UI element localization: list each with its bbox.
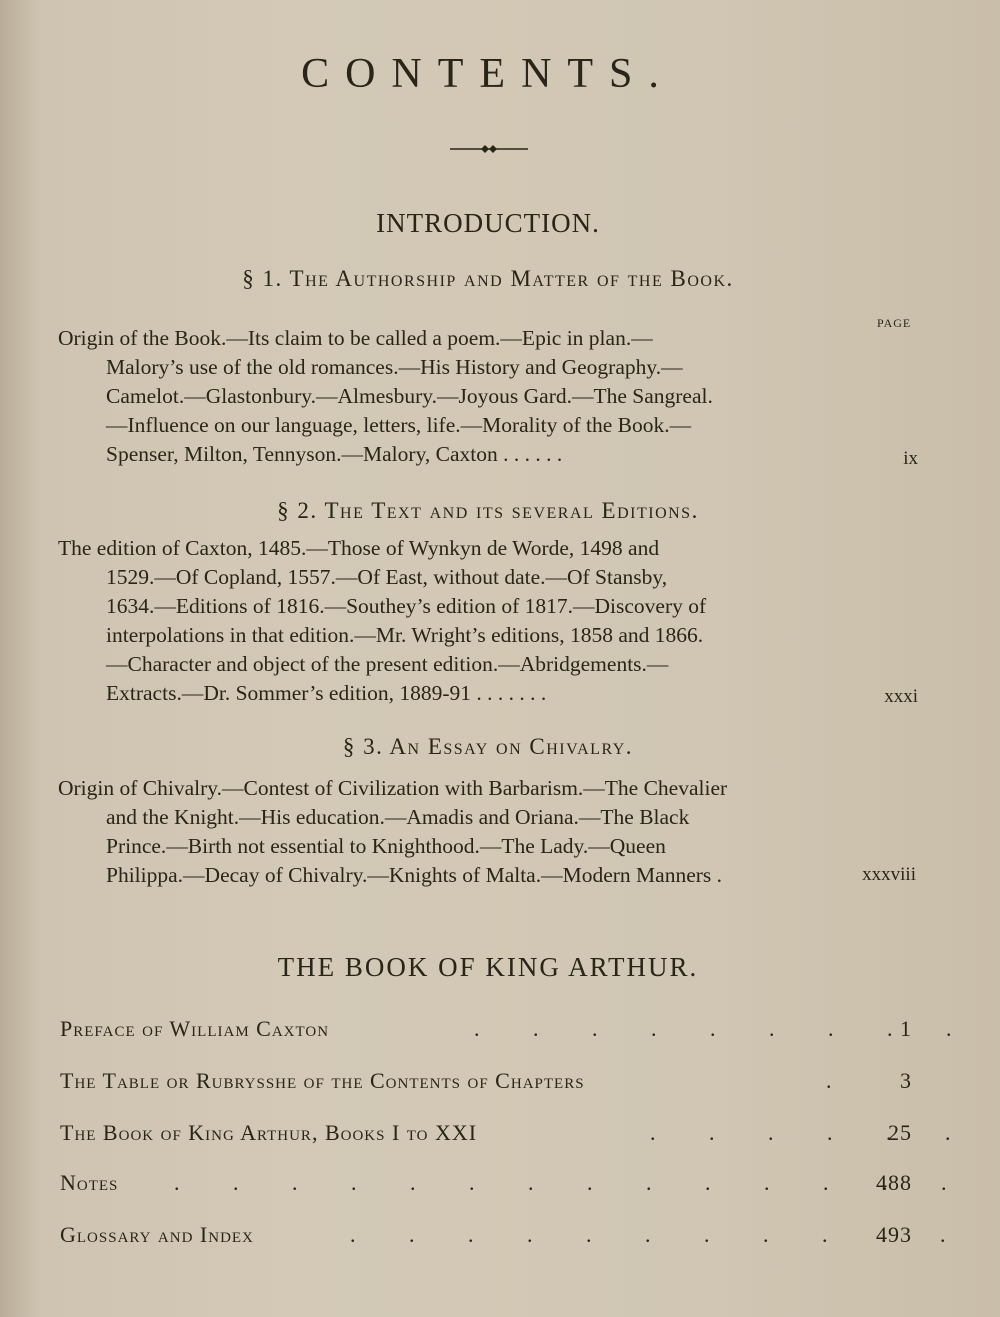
summary-line: Origin of Chivalry.—Contest of Civilizat… xyxy=(58,774,848,803)
summary-line: 1634.—Editions of 1816.—Southey’s editio… xyxy=(58,592,848,621)
toc-entry-label: The Table or Rubrysshe of the Contents o… xyxy=(60,1068,585,1094)
toc-entry-page: 25 xyxy=(888,1120,912,1146)
toc-entry: The Table or Rubrysshe of the Contents o… xyxy=(60,1068,912,1102)
section-2-summary: The edition of Caxton, 1485.—Those of Wy… xyxy=(58,534,848,708)
summary-line: —Influence on our language, letters, lif… xyxy=(58,411,848,440)
summary-line: interpolations in that edition.—Mr. Wrig… xyxy=(58,621,848,650)
toc-leader-dots: . . . . . . xyxy=(650,1120,975,1146)
toc-entry-label: The Book of King Arthur, Books I to XXI xyxy=(60,1120,477,1146)
section-1-page-number: ix xyxy=(838,448,918,470)
toc-leader-dots: . xyxy=(826,1068,856,1094)
summary-line: Spenser, Milton, Tennyson.—Malory, Caxto… xyxy=(58,440,848,469)
section-2-heading: § 2. The Text and its several Editions. xyxy=(0,498,976,524)
page-column-label: PAGE xyxy=(877,316,911,331)
toc-entry: The Book of King Arthur, Books I to XXI … xyxy=(60,1120,912,1154)
section-2-page-number: xxxi xyxy=(838,686,918,708)
page-title: CONTENTS. xyxy=(0,50,976,98)
toc-entry-page: 493 xyxy=(876,1222,912,1248)
toc-entry-label: Notes xyxy=(60,1170,118,1196)
summary-line: Philippa.—Decay of Chivalry.—Knights of … xyxy=(58,861,848,890)
summary-line: Prince.—Birth not essential to Knighthoo… xyxy=(58,832,848,861)
section-1-summary: Origin of the Book.—Its claim to be call… xyxy=(58,324,848,469)
summary-line: Camelot.—Glastonbury.—Almesbury.—Joyous … xyxy=(58,382,848,411)
toc-entry: Glossary and Index . . . . . . . . . . .… xyxy=(60,1222,912,1256)
toc-entry: Notes . . . . . . . . . . . . . . . 488 xyxy=(60,1170,912,1204)
ornament-rule-icon xyxy=(450,143,528,155)
summary-line: —Character and object of the present edi… xyxy=(58,650,848,679)
section-1-heading: § 1. The Authorship and Matter of the Bo… xyxy=(0,266,976,292)
section-3-page-number: xxxviii xyxy=(836,864,916,886)
summary-line: Origin of the Book.—Its claim to be call… xyxy=(58,324,848,353)
toc-entry: Preface of William Caxton . . . . . . . … xyxy=(60,1016,912,1050)
summary-line: Extracts.—Dr. Sommer’s edition, 1889-91 … xyxy=(58,679,848,708)
book-page: CONTENTS. INTRODUCTION. § 1. The Authors… xyxy=(0,0,1000,1317)
section-3-heading: § 3. An Essay on Chivalry. xyxy=(0,734,976,760)
summary-line: The edition of Caxton, 1485.—Those of Wy… xyxy=(58,534,848,563)
toc-entry-label: Glossary and Index xyxy=(60,1222,254,1248)
toc-entry-page: 3 xyxy=(900,1068,912,1094)
summary-line: Malory’s use of the old romances.—His Hi… xyxy=(58,353,848,382)
book-heading: THE BOOK OF KING ARTHUR. xyxy=(0,952,976,983)
introduction-heading: INTRODUCTION. xyxy=(0,208,976,239)
summary-line: 1529.—Of Copland, 1557.—Of East, without… xyxy=(58,563,848,592)
section-3-summary: Origin of Chivalry.—Contest of Civilizat… xyxy=(58,774,848,890)
toc-entry-page: 488 xyxy=(876,1170,912,1196)
toc-entry-label: Preface of William Caxton xyxy=(60,1016,329,1042)
toc-entry-page: 1 xyxy=(900,1016,912,1042)
summary-line: and the Knight.—His education.—Amadis an… xyxy=(58,803,848,832)
